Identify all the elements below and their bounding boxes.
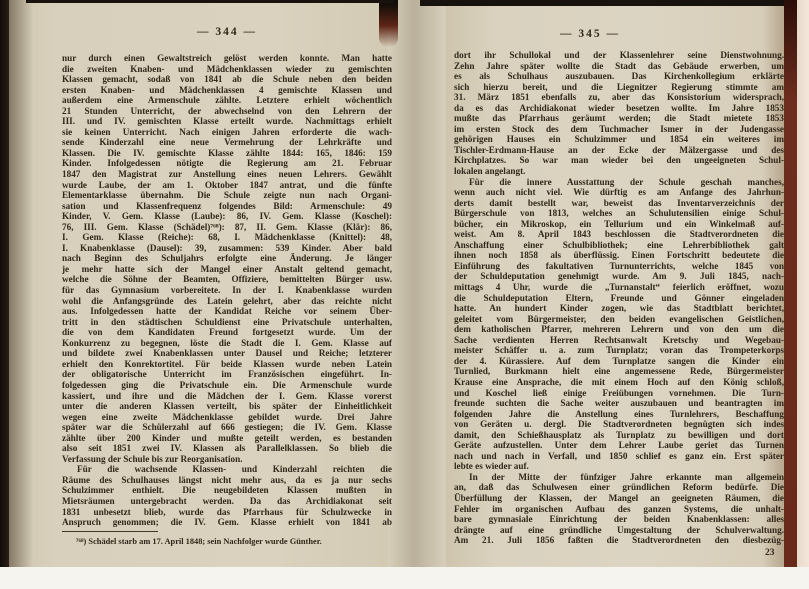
page-number-344: — 344 — bbox=[62, 26, 392, 38]
text-line: Räume des Schulhauses längst nicht mehr … bbox=[62, 475, 392, 486]
text-line: weist. Am 8. April 1843 beschlossen die … bbox=[454, 229, 784, 240]
text-line: sation und Klassenfrequenz folgendes Bil… bbox=[62, 201, 392, 212]
text-line: 76, III. Gem. Klasse (Schädel)⁷⁶⁸): 87, … bbox=[62, 222, 392, 233]
text-line: Kinder. Infolgedessen nötigte die Regier… bbox=[62, 158, 392, 169]
text-line: Überfüllung der Klassen, der Mangel an g… bbox=[454, 493, 784, 504]
text-line: erhielt den Konrektortitel. Für beide Kl… bbox=[62, 359, 392, 370]
text-line: meister Schäffer u. a. zum Turnplatz; vo… bbox=[454, 345, 784, 356]
text-line: nur durch einen Gewaltstreich gelöst wer… bbox=[62, 53, 392, 64]
scanner-bottom-strip bbox=[0, 567, 809, 589]
text-line: bare gymnasiale Einrichtung der beiden K… bbox=[454, 514, 784, 525]
text-line: gehörigen Hauses ein Schulzimmer und 185… bbox=[454, 134, 784, 145]
text-line: welche die Söhne der Beamten, Offiziere,… bbox=[62, 274, 392, 285]
text-line: und Koschel ließ einige Freiübungen vorn… bbox=[454, 388, 784, 399]
text-line: I. Gem. Klasse (Reiche): 68, I. Mädchenk… bbox=[62, 232, 392, 243]
text-line: Kinder, V. Gem. Klasse (Laube): 86, IV. … bbox=[62, 211, 392, 222]
text-line: damit, den Schießhausplatz als Turnplatz… bbox=[454, 430, 784, 441]
page-344-text: nur durch einen Gewaltstreich gelöst wer… bbox=[62, 53, 392, 528]
text-line: es als Schulhaus auszubauen. Das Kirchen… bbox=[454, 71, 784, 82]
text-line: 1847 den Magistrat zur Anstellung eines … bbox=[62, 169, 392, 180]
text-line: ersten Knaben- und Mädchenklassen 4 gemi… bbox=[62, 85, 392, 96]
text-line: Anspruch genommen; die IV. Gem. Klasse e… bbox=[62, 517, 392, 528]
text-line: dem katholischen Pfarrer, mehreren Lehre… bbox=[454, 324, 784, 335]
text-line: Turnlied, Burkmann hielt eine angemessen… bbox=[454, 366, 784, 377]
text-line: III. und IV. gemischten Klasse erteilt w… bbox=[62, 116, 392, 127]
text-line: folgenden Jahre die Anstellung eines Tur… bbox=[454, 409, 784, 420]
book-cover-edge bbox=[784, 0, 797, 567]
text-line: außerdem eine Armenschule zählte. Letzte… bbox=[62, 95, 392, 106]
text-line: Krause eine Ansprache, die mit einem Hoc… bbox=[454, 377, 784, 388]
text-line: Elementarklasse übernahm. Die Schule zei… bbox=[62, 190, 392, 201]
text-line: der obligatorische Unterricht im Französ… bbox=[62, 369, 392, 380]
text-line: die zweiten Knaben- und Mädchenklassen w… bbox=[62, 64, 392, 75]
text-line: Geräte aufzustellen. Unter dem Lehrer La… bbox=[454, 440, 784, 451]
text-line: der 4. Kürassiere. Auf dem Turnplatze sa… bbox=[454, 356, 784, 367]
footnote: ⁷⁶⁸) Schädel starb am 17. April 1848; se… bbox=[62, 537, 392, 546]
text-line: geleitet vom Bürgermeister, den beiden e… bbox=[454, 314, 784, 325]
text-line: mußte das Pfarrhaus geräumt werden; die … bbox=[454, 113, 784, 124]
scan-edge-top-left bbox=[26, 0, 394, 3]
text-line: Einführung des fakultativen Turnunterric… bbox=[454, 261, 784, 272]
text-line: später war die Schülerzahl auf 666 gesti… bbox=[62, 422, 392, 433]
footnote-rule bbox=[62, 531, 158, 532]
text-line: bücher, ein Mikroskop, ein Tellurium und… bbox=[454, 219, 784, 230]
text-line: von Geräten u. dergl. Die Stadtverordnet… bbox=[454, 419, 784, 430]
text-line: wohl die Anfangsgründe des Latein gelehr… bbox=[62, 296, 392, 307]
page-stack-edge-left bbox=[9, 0, 33, 567]
text-line: tritt in den städtischen Schuldienst ein… bbox=[62, 317, 392, 328]
text-line: sich hierzu bereit, und die Liegnitzer R… bbox=[454, 82, 784, 93]
text-line: Tischler-Erdmann-Hause an der Ecke der M… bbox=[454, 145, 784, 156]
text-line: an, daß das Schulwesen einer gründlichen… bbox=[454, 482, 784, 493]
text-line: da es das Archidiakonat wieder besetzen … bbox=[454, 103, 784, 114]
text-line: Klassen gemacht, sodaß von 1841 ab die S… bbox=[62, 74, 392, 85]
text-line: Schulzimmer enthielt. Die neugebildeten … bbox=[62, 485, 392, 496]
signature-mark: 23 bbox=[765, 548, 775, 558]
page-345-text: dort ihr Schullokal und der Klassenlehre… bbox=[454, 50, 784, 546]
text-line: wegen eine zweite Mädchenklasse gebildet… bbox=[62, 412, 392, 423]
text-line: der Schuldeputation genehmigt wurde. Am … bbox=[454, 271, 784, 282]
text-line: folgedessen ging die Privatschule ein. D… bbox=[62, 380, 392, 391]
page-number-345: — 345 — bbox=[454, 28, 726, 40]
scan-edge-left bbox=[0, 0, 9, 567]
text-line: Am 21. Juli 1856 faßten die Stadtverordn… bbox=[454, 535, 784, 546]
text-line: Für die wachsende Klassen- und Kinderzah… bbox=[62, 464, 392, 475]
text-line: Für die innere Ausstattung der Schule ge… bbox=[454, 177, 784, 188]
text-line: Bürgerschule von 1813, welches an Schulu… bbox=[454, 208, 784, 219]
text-line: je mehr hatte sich der Mangel einer Anst… bbox=[62, 264, 392, 275]
text-line: ihnen noch 1858 als überflüssig. Einen F… bbox=[454, 250, 784, 261]
text-line: derts damit bestellt war, beweist das In… bbox=[454, 198, 784, 209]
text-line: Konkurrenz zu begegnen, löste die Stadt … bbox=[62, 338, 392, 349]
scan-background: — 344 — nur durch einen Gewaltstreich ge… bbox=[0, 0, 809, 589]
text-line: im ersten Stock des dem Tuchmacher Ismer… bbox=[454, 124, 784, 135]
book-spine-top-shadow bbox=[379, 0, 398, 47]
text-line: kassiert, und ihre und die Mädchen der I… bbox=[62, 391, 392, 402]
text-line: I. Knabenklasse (Dausel): 39, zusammen: … bbox=[62, 243, 392, 254]
text-line: die von dem Kandidaten Freund fortgesetz… bbox=[62, 327, 392, 338]
book-gutter-shadow bbox=[388, 0, 446, 567]
text-line: und bildete zwei Knabenklassen unter Dau… bbox=[62, 348, 392, 359]
text-line: nach Beginn des Schuljahrs erfolgte eine… bbox=[62, 253, 392, 264]
text-line: Zehn Jahre später wollte die Stadt das G… bbox=[454, 61, 784, 72]
text-line: aus. Infolgedessen hatte der Kandidat Re… bbox=[62, 306, 392, 317]
text-line: In der Mitte der fünfziger Jahre erkannt… bbox=[454, 472, 784, 483]
text-line: die Schuldeputation Eltern, Freunde und … bbox=[454, 293, 784, 304]
text-line: wenn auch nicht viel. Wie dürftig es am … bbox=[454, 187, 784, 198]
text-line: lebte es wieder auf. bbox=[454, 461, 784, 472]
text-line: zählte über 200 Kinder und mußte geteilt… bbox=[62, 433, 392, 444]
text-line: für das Gymnasium vorbereitete. In der I… bbox=[62, 285, 392, 296]
text-line: also seit 1851 zwei IV. Klassen als Para… bbox=[62, 443, 392, 454]
text-line: sende Kinderzahl eine neue Vermehrung de… bbox=[62, 137, 392, 148]
text-line: sie keinen Unterricht. Nach einigen Jahr… bbox=[62, 127, 392, 138]
text-line: 21 Stunden Unterricht, der abwechselnd v… bbox=[62, 106, 392, 117]
text-line: Anschaffung einer Schulbibliothek; eine … bbox=[454, 240, 784, 251]
text-line: Kirchplatzes. So war man wieder bei den … bbox=[454, 155, 784, 166]
text-line: drängte auf eine gründliche Umgestaltung… bbox=[454, 525, 784, 536]
text-line: lokalen angelangt. bbox=[454, 166, 784, 177]
text-line: hatte. An hundert Kinder zogen, wie das … bbox=[454, 303, 784, 314]
text-line: mittags 4 Uhr, wurde die „Turnanstalt“ f… bbox=[454, 282, 784, 293]
text-line: unter die anderen Klassen verteilt, bis … bbox=[62, 401, 392, 412]
text-line: Fehler im organischen Aufbau des ganzen … bbox=[454, 504, 784, 515]
text-line: nach und nach in Verfall, und 1850 schli… bbox=[454, 451, 784, 462]
text-line: wurde Laube, der am 1. Oktober 1847 antr… bbox=[62, 180, 392, 191]
text-line: 31. März 1851 ebenfalls zu, aber das Kon… bbox=[454, 92, 784, 103]
text-line: freunde suchten die Sache weiter auszuba… bbox=[454, 398, 784, 409]
text-line: Mietsräumen untergebracht werden. Da das… bbox=[62, 496, 392, 507]
scan-edge-top-right bbox=[420, 0, 794, 6]
text-line: Klassen. Die IV. gemischte Klasse zählte… bbox=[62, 148, 392, 159]
text-line: Verfassung der Schule bis zur Reorganisa… bbox=[62, 454, 392, 465]
text-line: Sache verdienten Herren Rechtsanwalt Kre… bbox=[454, 335, 784, 346]
text-line: dort ihr Schullokal und der Klassenlehre… bbox=[454, 50, 784, 61]
scan-edge-right bbox=[797, 0, 809, 567]
text-line: 1831 unbesetzt blieb, wurde das Pfarrhau… bbox=[62, 507, 392, 518]
